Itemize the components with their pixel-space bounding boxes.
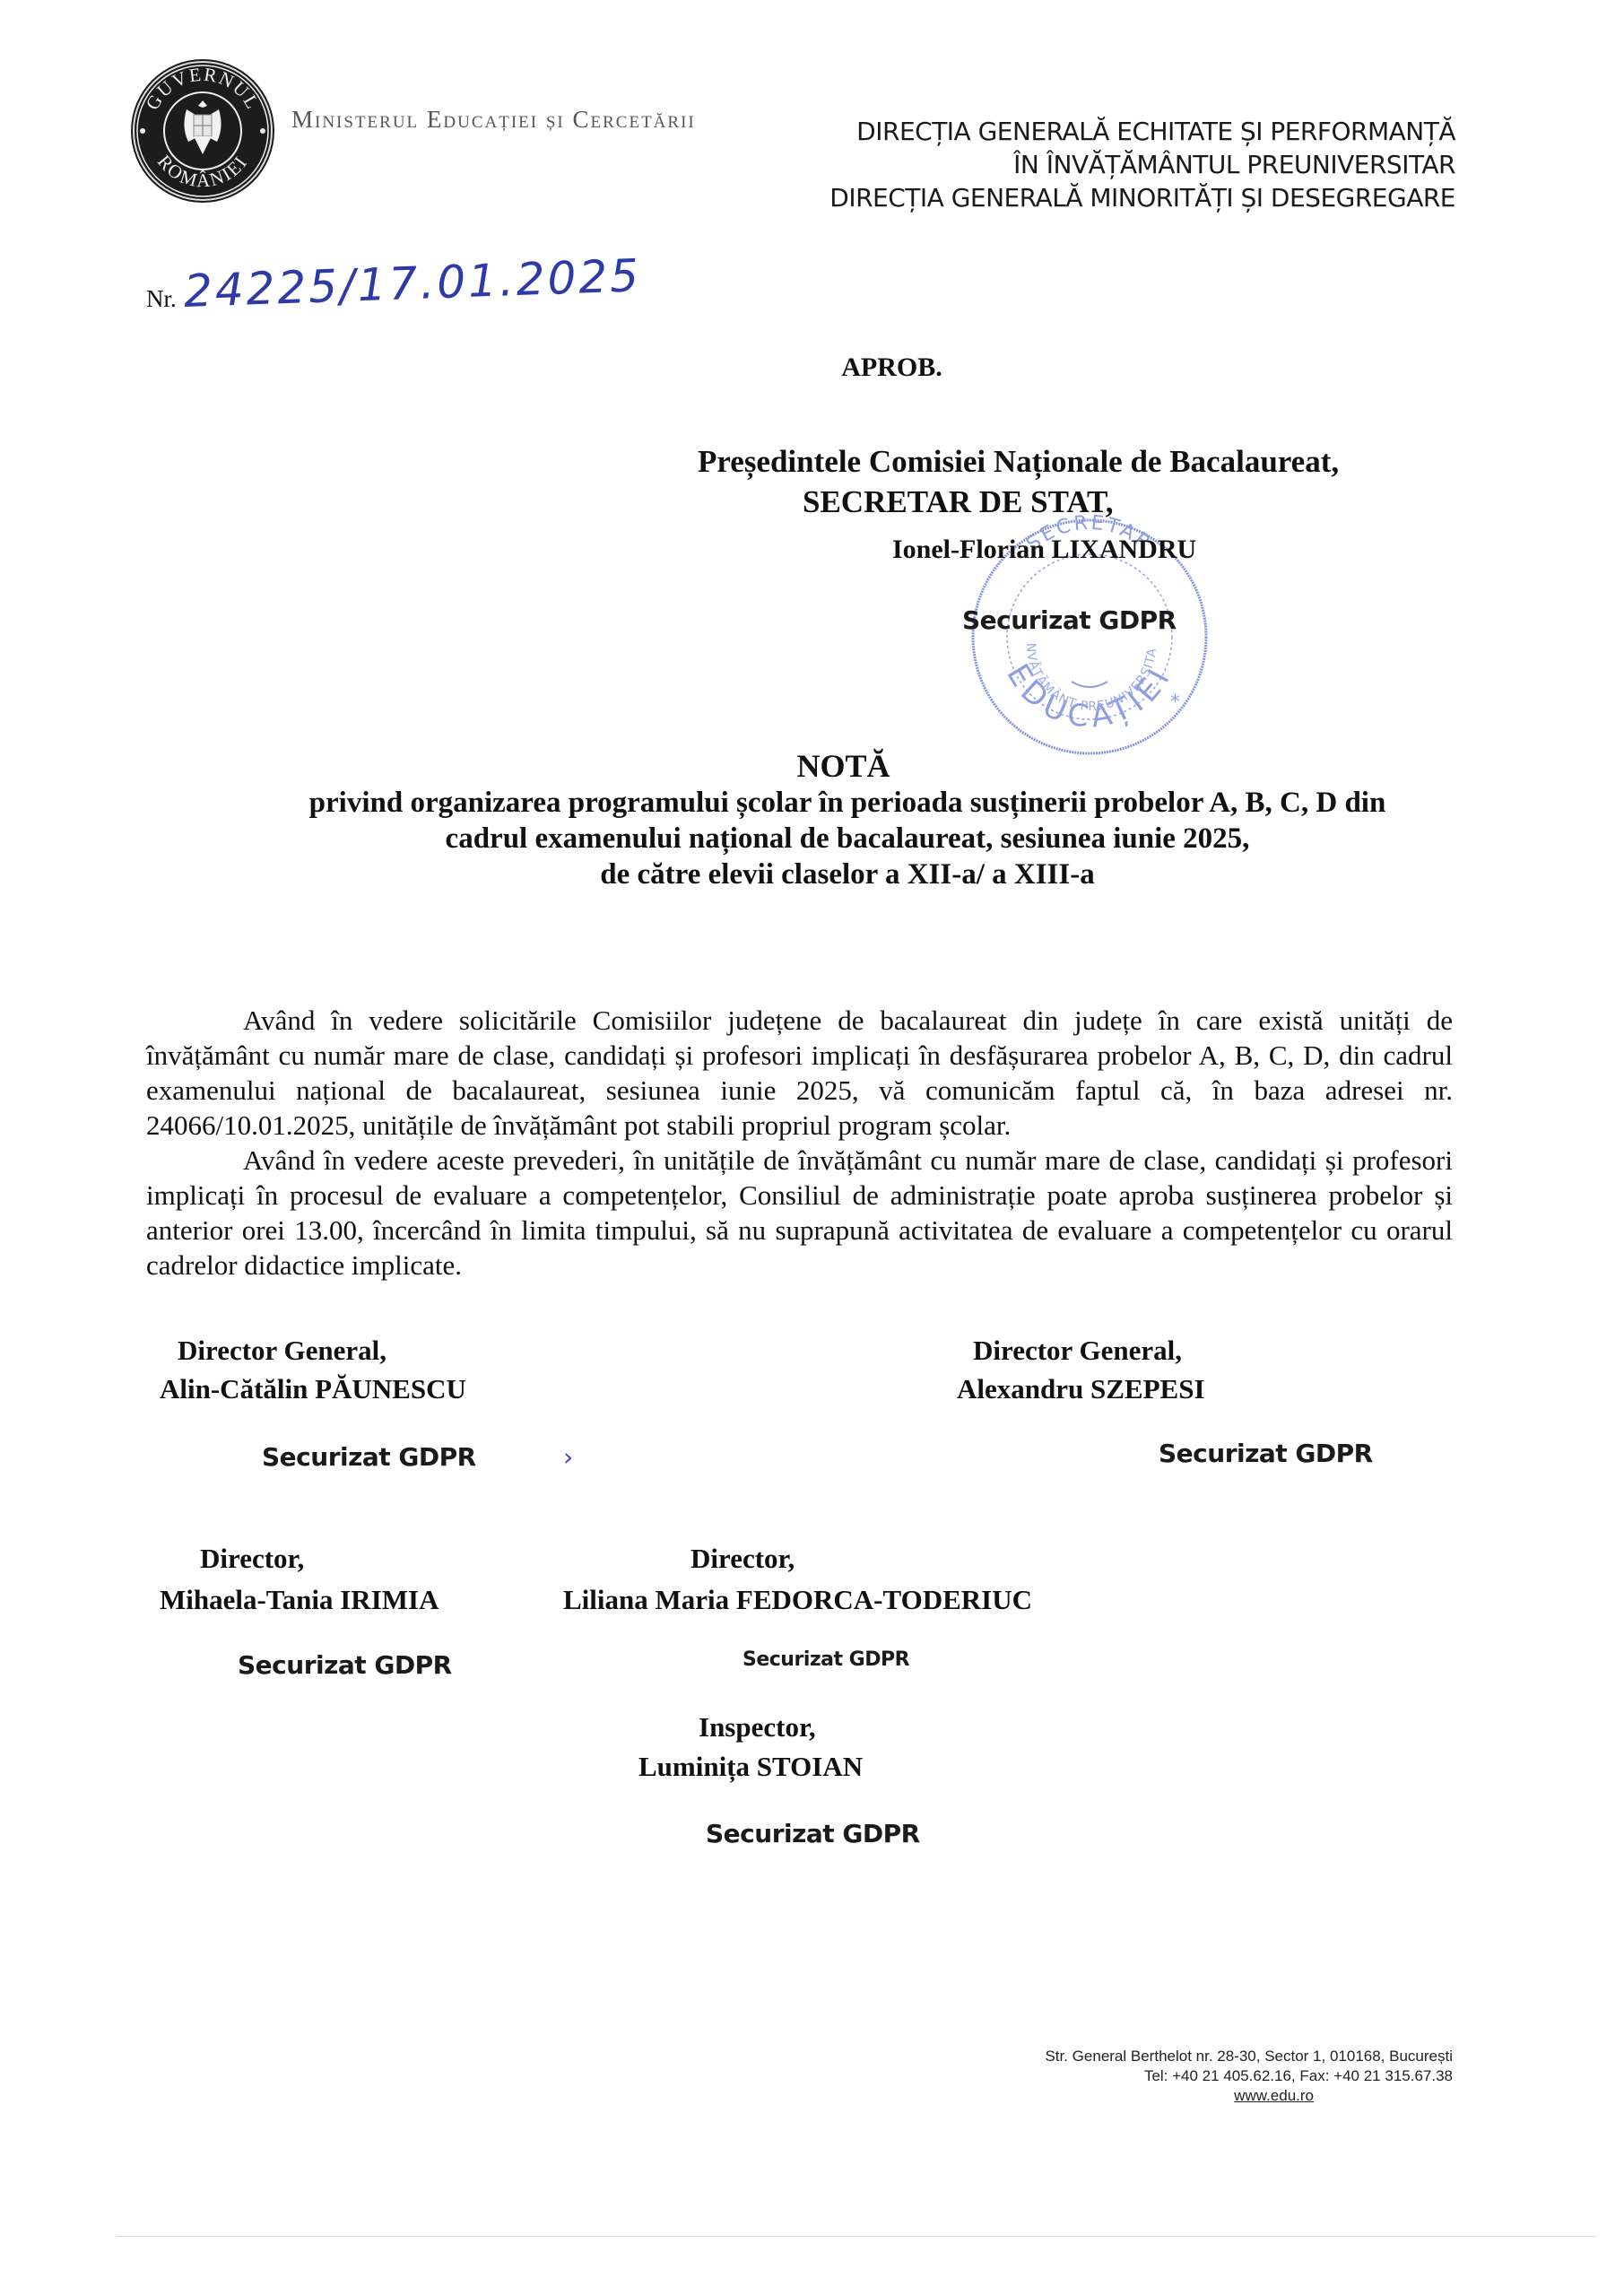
redacted-signature: Securizat GDPR [238,1650,452,1680]
subtitle-line: privind organizarea programului școlar î… [256,785,1439,821]
ink-mark: › [563,1442,573,1472]
redacted-signature: Securizat GDPR [962,605,1177,635]
document-title: NOTĂ [0,747,1624,785]
subtitle-line: cadrul examenului național de bacalaurea… [256,821,1439,857]
subtitle-line: de către elevii claselor a XII-a/ a XIII… [256,857,1439,892]
approver-role: Președintele Comisiei Naționale de Bacal… [698,444,1339,480]
directorate-line: DIRECȚIA GENERALĂ ECHITATE ȘI PERFORMANȚ… [829,115,1455,148]
approval-heading: APROB. [0,352,1624,383]
svg-text:EDUCAȚIEI: EDUCAȚIEI [999,658,1179,735]
signatory-name: Luminița STOIAN [638,1751,863,1783]
directorate-line: DIRECȚIA GENERALĂ MINORITĂȚI ȘI DESEGREG… [829,181,1455,214]
signatory-title: Inspector, [699,1711,816,1744]
footer-address-block: Str. General Berthelot nr. 28-30, Sector… [1045,2047,1453,2106]
approver-title: SECRETAR DE STAT, [803,484,1114,520]
document-body: Având în vedere solicitările Comisiilor … [146,1003,1453,1283]
signatory-title: Director, [690,1543,795,1575]
footer-contact: Tel: +40 21 405.62.16, Fax: +40 21 315.6… [1045,2066,1453,2086]
footer-divider [117,2236,1596,2237]
svg-text:*: * [1170,691,1180,714]
signatory-title: Director General, [178,1335,386,1367]
approver-name: Ionel-Florian LIXANDRU [892,535,1196,565]
redacted-signature: Securizat GDPR [1159,1439,1373,1468]
signatory-name: Alexandru SZEPESI [957,1373,1205,1405]
registration-number-handwritten: 24225/17.01.2025 [183,249,642,317]
signatory-title: Director General, [973,1335,1182,1367]
body-paragraph: Având în vedere solicitările Comisiilor … [146,1003,1453,1143]
registration-label: Nr. [146,285,177,313]
redacted-signature: Securizat GDPR [706,1819,920,1848]
signatory-name: Mihaela-Tania IRIMIA [160,1584,439,1616]
government-seal-icon: GUVERNUL ROMÂNIEI [131,59,274,203]
ministry-name: Ministerul Educației și Cercetării [291,106,696,134]
signatory-name: Alin-Cătălin PĂUNESCU [160,1373,466,1405]
directorates-header: DIRECȚIA GENERALĂ ECHITATE ȘI PERFORMANȚ… [829,115,1455,214]
signatory-title: Director, [200,1543,304,1575]
footer-address: Str. General Berthelot nr. 28-30, Sector… [1045,2047,1453,2066]
redacted-signature: Securizat GDPR [743,1648,909,1671]
signatory-name: Liliana Maria FEDORCA-TODERIUC [563,1584,1032,1616]
body-paragraph: Având în vedere aceste prevederi, în uni… [146,1143,1453,1283]
redacted-signature: Securizat GDPR [262,1442,476,1472]
document-subtitle: privind organizarea programului școlar î… [256,785,1439,892]
directorate-line: ÎN ÎNVĂȚĂMÂNTUL PREUNIVERSITAR [829,148,1455,181]
website-link[interactable]: www.edu.ro [1234,2086,1314,2106]
